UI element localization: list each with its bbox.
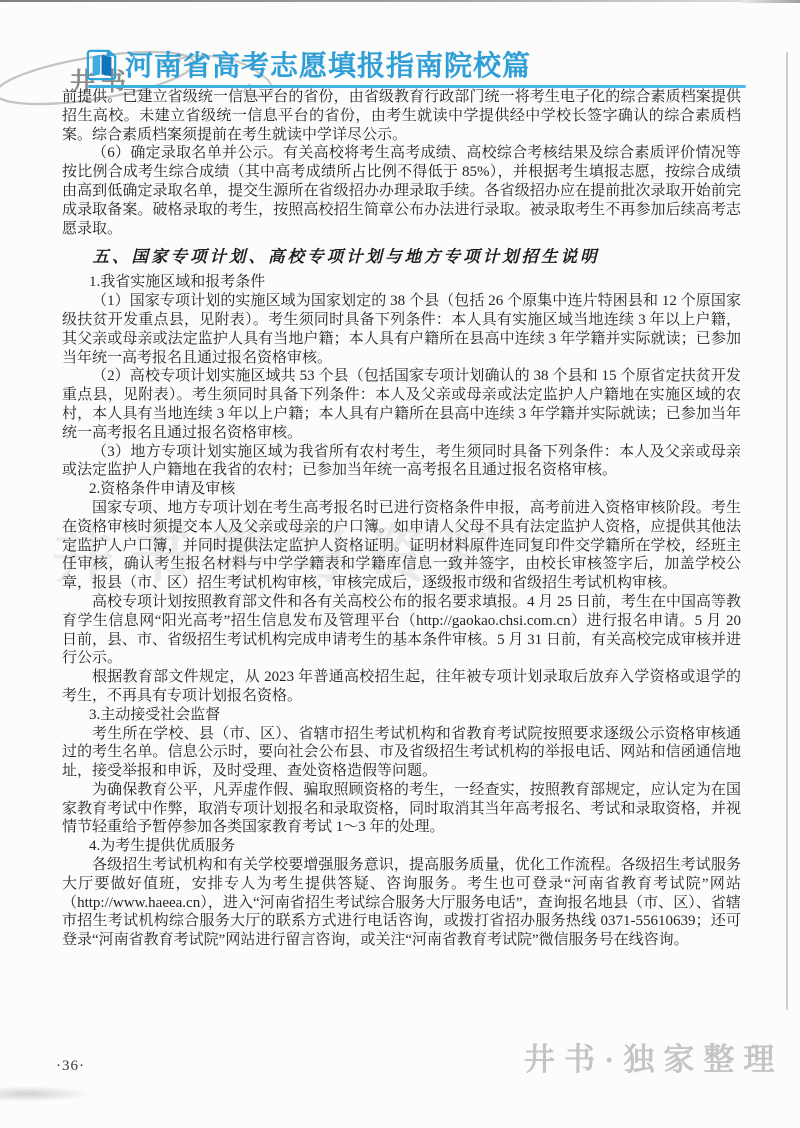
subsection-heading: 4.为考生提供优质服务	[62, 837, 741, 856]
watermark-bottom-right: 井书·独家整理	[524, 1034, 783, 1079]
paragraph: 高校专项计划按照教育部文件和各有关高校公布的报名要求填报。4 月 25 日前，考…	[62, 593, 741, 668]
scanned-document-page: 井书 河南省高考志愿填报指南院校篇 井书学习资料 前提供。已建立省级统一信息平台…	[0, 0, 800, 1128]
book-logo-icon	[86, 48, 118, 81]
page-title: 河南省高考志愿填报指南院校篇	[125, 44, 531, 84]
paragraph: 前提供。已建立省级统一信息平台的省份，由省级教育行政部门统一将考生电子化的综合素…	[62, 88, 741, 144]
paragraph: （3）地方专项计划实施区域为我省所有农村考生，考生须同时具备下列条件：本人及父亲…	[62, 443, 741, 481]
scan-smudge-bottom-left	[0, 1086, 92, 1102]
scan-edge-top-right	[742, 0, 800, 3]
paragraph: （6）确定录取名单并公示。有关高校将考生高考成绩、高校综合考核结果及综合素质评价…	[62, 144, 741, 238]
paragraph: （2）高校专项计划实施区域共 53 个县（包括国家专项计划确认的 38 个县和 …	[62, 367, 741, 442]
subsection-heading: 3.主动接受社会监督	[62, 706, 741, 725]
paragraph: 考生所在学校、县（市、区）、省辖市招生考试机构和省教育考试院按照要求逐级公示资格…	[62, 725, 741, 781]
paragraph: 为确保教育公平，凡弄虚作假、骗取照顾资格的考生，一经查实，按照教育部规定，应认定…	[62, 781, 741, 837]
page-number: ·36·	[56, 1058, 85, 1075]
scan-edge-top	[0, 0, 742, 2]
paragraph: 国家专项、地方专项计划在考生高考报名时已进行资格条件申报，高考前进入资格审核阶段…	[62, 499, 741, 593]
document-body: 前提供。已建立省级统一信息平台的省份，由省级教育行政部门统一将考生电子化的综合素…	[62, 88, 741, 950]
subsection-heading: 2.资格条件申请及审核	[62, 480, 741, 499]
page-header: 河南省高考志愿填报指南院校篇	[86, 44, 531, 84]
paragraph: （1）国家专项计划的实施区域为国家划定的 38 个县（包括 26 个原集中连片特…	[62, 292, 741, 367]
subsection-heading: 1.我省实施区域和报考条件	[62, 273, 741, 292]
paragraph: 根据教育部文件规定，从 2023 年普通高校招生起，往年被专项计划录取后放弃入学…	[62, 668, 741, 706]
section-heading: 五、国家专项计划、高校专项计划与地方专项计划招生说明	[62, 247, 741, 267]
paragraph: 各级招生考试机构和有关学校要增强服务意识，提高服务质量，优化工作流程。各级招生考…	[62, 856, 741, 950]
scan-edge-right	[786, 52, 788, 1010]
